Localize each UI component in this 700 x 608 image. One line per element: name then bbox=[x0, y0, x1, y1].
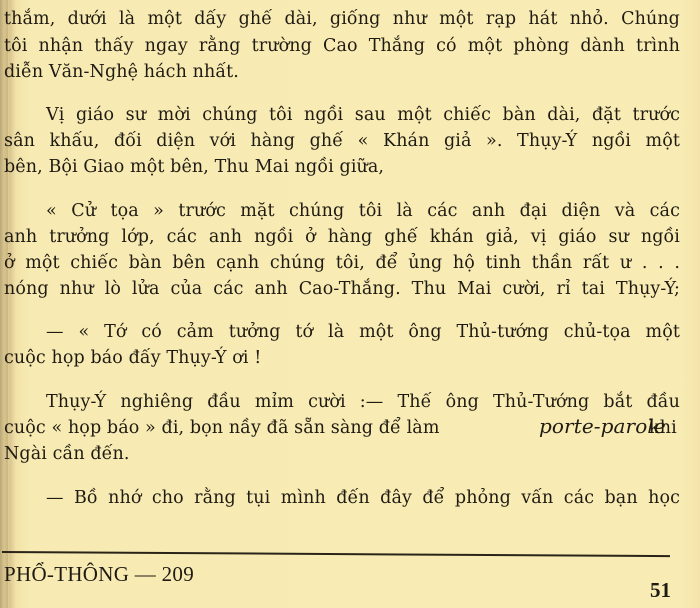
scanned-book-page: thắm, dưới là một dấy ghế dài, giống như… bbox=[0, 0, 700, 608]
text-segment: cuộc « họp báo » đi, bọn nầy đã sẵn sàng… bbox=[4, 418, 440, 438]
text-line: thắm, dưới là một dấy ghế dài, giống như… bbox=[4, 8, 680, 30]
page-number: 51 bbox=[650, 578, 671, 603]
text-line: Ngài cần đến. bbox=[4, 443, 130, 465]
text-line: « Cử tọa » trước mặt chúng tôi là các an… bbox=[46, 200, 680, 222]
dialogue-line: — « Tớ có cảm tưởng tớ là một ông Thủ-tư… bbox=[46, 321, 680, 343]
text-line: ở một chiếc bàn bên cạnh chúng tôi, để ủ… bbox=[4, 252, 680, 274]
text-line: Vị giáo sư mời chúng tôi ngồi sau một ch… bbox=[46, 104, 680, 126]
italic-phrase: porte-parole bbox=[539, 415, 666, 437]
text-line: nóng như lò lửa của các anh Cao-Thắng. T… bbox=[4, 278, 680, 300]
footer-rule bbox=[2, 551, 670, 557]
text-line-with-italic: cuộc « họp báo » đi, bọn nầy đã sẵn sàng… bbox=[4, 417, 680, 439]
text-segment: khi bbox=[649, 417, 677, 439]
dialogue-line: cuộc họp báo đấy Thụy-Ý ơi ! bbox=[4, 347, 261, 369]
text-line: diễn Văn-Nghệ hách nhất. bbox=[4, 61, 239, 83]
text-line: bên, Bội Giao một bên, Thu Mai ngồi giữa… bbox=[4, 156, 384, 178]
book-spine-shadow bbox=[0, 0, 8, 608]
text-line: Thụy-Ý nghiêng đầu mỉm cười :— Thế ông T… bbox=[46, 391, 680, 413]
text-line: tôi nhận thấy ngay rằng trường Cao Thắng… bbox=[4, 35, 680, 57]
dialogue-line: — Bồ nhớ cho rằng tụi mình đến đây để ph… bbox=[46, 487, 680, 509]
text-line: sân khấu, đối diện với hàng ghế « Khán g… bbox=[4, 130, 680, 152]
text-line: anh trưởng lớp, các anh ngồi ở hàng ghế … bbox=[4, 226, 680, 248]
magazine-issue-label: PHỔ-THÔNG — 209 bbox=[4, 562, 194, 587]
